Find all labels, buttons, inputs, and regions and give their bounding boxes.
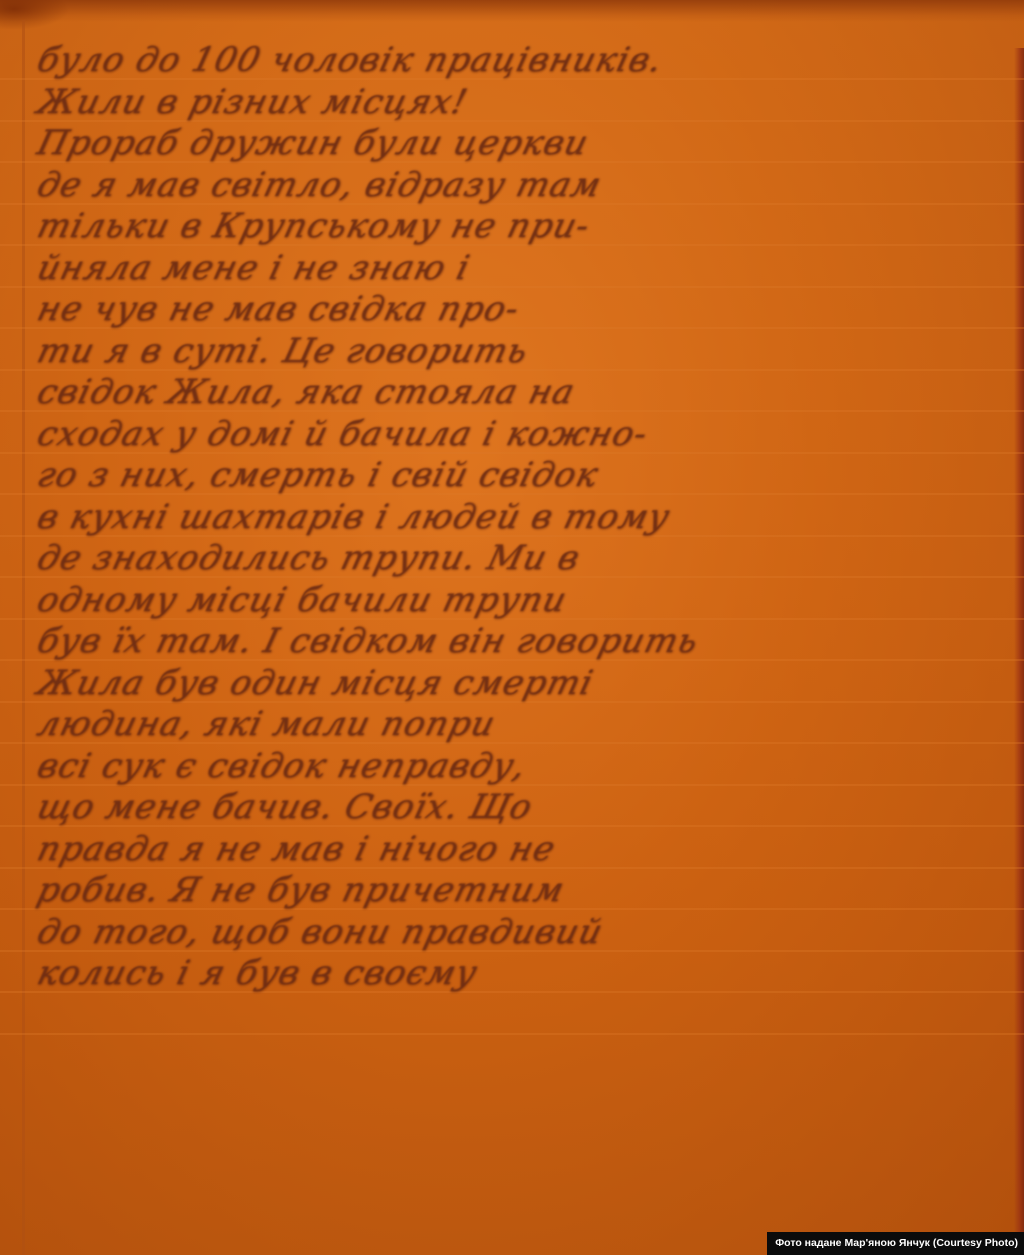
letter-line: го з них, смерть і свій свідок: [33, 455, 983, 497]
letter-line: що мене бачив. Своїх. Що: [33, 787, 983, 829]
page-right-edge: [1014, 48, 1024, 1255]
letter-line: де я мав світло, відразу там: [33, 165, 983, 207]
letter-line: свідок Жила, яка стояла на: [33, 372, 983, 414]
letter-line: ти я в суті. Це говорить: [33, 331, 983, 373]
letter-line: правда я не мав і нічого не: [33, 829, 983, 871]
letter-line: людина, які мали попри: [33, 704, 983, 746]
letter-line: до того, щоб вони правдивий: [33, 912, 983, 954]
letter-line: робив. Я не був причетним: [33, 870, 983, 912]
photo-credit-caption: Фото надане Мар'яною Янчук (Courtesy Pho…: [767, 1232, 1024, 1255]
page-top-shadow: [0, 0, 1024, 22]
ruled-line: [0, 1033, 1024, 1035]
letter-line: колись і я був в своєму: [33, 953, 983, 995]
letter-line: Жила був один місця смерті: [33, 663, 983, 705]
letter-line: тільки в Крупському не при-: [33, 206, 983, 248]
page-margin-line: [22, 20, 25, 1255]
letter-line: Жили в різних місцях!: [33, 82, 983, 124]
letter-line: сходах у домі й бачила і кожно-: [33, 414, 983, 456]
letter-line: одному місці бачили трупи: [33, 580, 983, 622]
letter-line: всі сук є свідок неправду,: [33, 746, 983, 788]
letter-line: йняла мене і не знаю і: [33, 248, 983, 290]
letter-line: Прораб дружин були церкви: [33, 123, 983, 165]
letter-line: де знаходились трупи. Ми в: [33, 538, 983, 580]
letter-line: було до 100 чоловік працівників.: [33, 40, 983, 82]
letter-line: в кухні шахтарів і людей в тому: [33, 497, 983, 539]
letter-line: не чув не мав свідка про-: [33, 289, 983, 331]
handwritten-letter: було до 100 чоловік працівників.Жили в р…: [38, 40, 978, 995]
letter-line: був їх там. І свідком він говорить: [33, 621, 983, 663]
page-corner-shadow: [0, 0, 70, 30]
